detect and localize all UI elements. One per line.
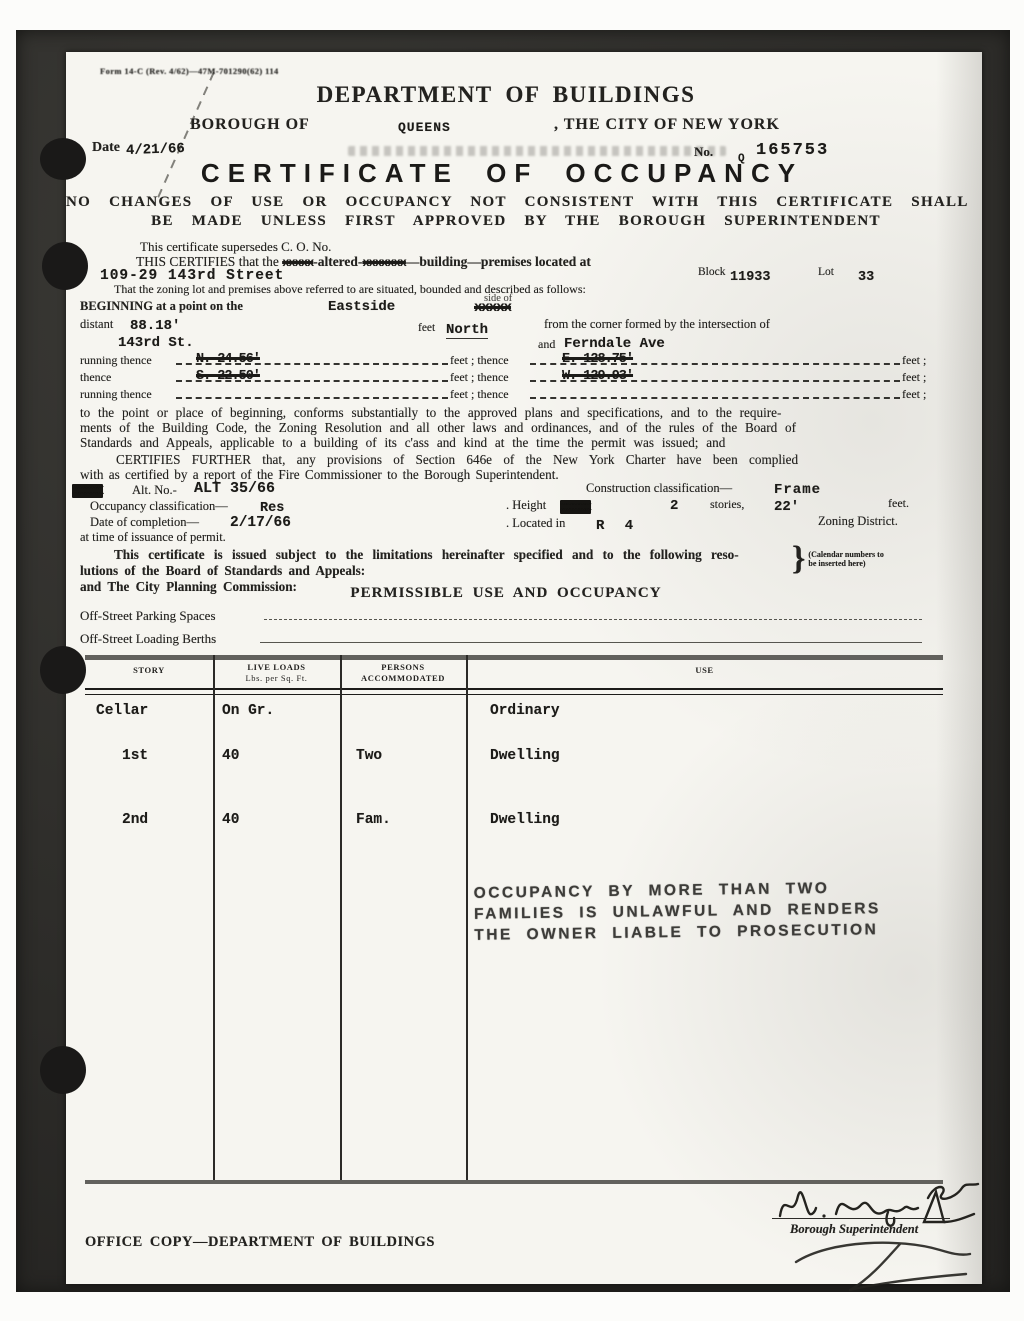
binder-hole [40,646,86,694]
completion-date-label: Date of completion— [90,515,199,530]
binder-hole [42,242,88,290]
completion-date-value: 2/17/66 [230,515,291,531]
legal-paragraph-line: Standards and Appeals, applicable to a b… [80,435,725,451]
metes-label: thence [80,370,111,385]
metes-value: W. 129.93' [562,369,633,384]
borough-value: QUEENS [398,120,451,135]
leader-line [530,397,900,399]
signature-line [772,1218,950,1219]
metes-tail-label: feet ; [902,370,926,385]
cell-use: Dwelling [490,812,560,828]
certificate-title: CERTIFICATE OF OCCUPANCY [66,158,938,189]
header-line: PERSONS [340,662,466,673]
date-label: Date [92,140,120,156]
metes-value: N. 24.56' [196,352,260,367]
metes-mid-label: feet ; thence [450,370,509,385]
metes-value: E. 128.75' [562,352,633,367]
metes-label: running thence [80,387,152,402]
building-premises-text: —building—premises located at [406,254,591,269]
permit-issuance-line: at time of issuance of permit. [80,530,226,545]
certifies-further-line: CERTIFIES FURTHER that, any provisions o… [116,452,798,468]
calendar-note-line: be inserted here) [808,559,883,568]
cross-street-value: Ferndale Ave [564,336,665,352]
cell-live-loads: On Gr. [222,703,274,719]
header-line: ACCOMMODATED [340,673,466,684]
metes-mid-label: feet ; thence [450,387,509,402]
office-copy-label: OFFICE COPY—DEPARTMENT OF BUILDINGS [85,1234,435,1251]
construction-classification-label: Construction classification— [586,481,732,496]
obliterated-word: xxxxxxx [362,256,405,270]
and-label: and [538,337,555,352]
brace-glyph: } [792,544,805,574]
corner-text: from the corner formed by the intersecti… [544,317,770,332]
notice-line-1: NO CHANGES OF USE OR OCCUPANCY NOT CONSI… [66,194,966,211]
distant-label: distant [80,317,113,332]
zoning-note: That the zoning lot and premises above r… [114,282,586,297]
certificate-page: Form 14-C (Rev. 4/62)—47M-701290(62) 114… [66,52,982,1284]
located-in-label: . Located in [506,516,565,531]
blank-line [260,642,922,643]
column-header-persons: PERSONS ACCOMMODATED [340,662,466,683]
alt-no-value: ALT 35/66 [194,480,275,497]
calendar-note: } (Calendar numbers to be inserted here) [792,544,884,574]
legal-paragraph-line: to the point or place of beginning, conf… [80,405,781,421]
zoning-district-label: Zoning District. [818,514,898,529]
cell-persons: Fam. [356,812,391,828]
table-column-line [340,655,342,1180]
supersedes-line: This certificate supersedes C. O. No. [140,239,331,255]
alt-no-label: Alt. No.- [132,483,177,498]
stories-value: 2 [670,498,678,514]
altered-word: -altered- [313,254,362,269]
cell-story: 2nd [122,812,148,828]
calendar-note-line: (Calendar numbers to [808,550,883,559]
form-number-line: Form 14-C (Rev. 4/62)—47M-701290(62) 114 [100,66,279,76]
metes-tail-label: feet ; [902,353,926,368]
metes-tail-label: feet ; [902,387,926,402]
table-column-line [213,655,215,1180]
feet-label: feet. [888,496,909,511]
block-value: 11933 [730,270,771,285]
obliterated-word: xxxxx [560,500,591,514]
occupancy-limit-stamp: OCCUPANCY BY MORE THAN TWO FAMILIES IS U… [474,877,882,946]
subject-line: This certificate is issued subject to th… [114,547,739,563]
direction-value: North [446,322,488,339]
lot-label: Lot [818,266,834,278]
distant-value: 88.18' [130,318,180,334]
cell-story: 1st [122,748,148,764]
height-label: . Height [506,498,546,513]
side-value: Eastside [328,299,395,315]
construction-classification-value: Frame [774,482,821,498]
subject-line: lutions of the Board of Standards and Ap… [80,563,365,579]
signature-flourish [782,1232,992,1296]
leader-line [176,397,448,399]
ghost-text-smudge [348,146,726,156]
stories-label: stories, [710,497,744,512]
cell-use: Dwelling [490,748,560,764]
column-header-use: USE [466,665,943,676]
stamp-line: THE OWNER LIABLE TO PROSECUTION [474,919,881,946]
obliterated-word: xxxxx [474,300,511,316]
table-column-line [466,655,468,1180]
certifies-prefix: THIS CERTIFIES that the [136,254,279,269]
street-value: 143rd St. [118,335,194,351]
metes-value: S. 22.50' [196,369,260,384]
cell-live-loads: 40 [222,748,239,764]
certifies-further-line: with as certified by a report of the Fir… [80,467,559,483]
city-name: , THE CITY OF NEW YORK [554,116,780,134]
metes-label: running thence [80,353,152,368]
occupancy-classification-label: Occupancy classification— [90,499,228,514]
header-line: Lbs. per Sq. Ft. [213,673,340,684]
cell-live-loads: 40 [222,812,239,828]
column-header-story: STORY [85,665,213,676]
feet-label: feet [418,322,435,334]
column-header-live-loads: LIVE LOADS Lbs. per Sq. Ft. [213,662,340,683]
beginning-label: BEGINNING at a point on the [80,299,243,314]
notice-line-2: BE MADE UNLESS FIRST APPROVED BY THE BOR… [66,213,966,230]
binder-hole [40,1046,86,1094]
header-line: LIVE LOADS [213,662,340,673]
blank-line [264,619,922,620]
obliterated-word: XXXXX [72,484,103,498]
obliterated-word: xxxxx [282,256,313,270]
department-title: DEPARTMENT OF BUILDINGS [66,82,946,108]
borough-label: BOROUGH OF [190,116,310,134]
loading-berths-label: Off-Street Loading Berths [80,631,216,647]
parking-spaces-label: Off-Street Parking Spaces [80,608,216,624]
permissible-use-title: PERMISSIBLE USE AND OCCUPANCY [66,585,946,602]
date-value: 4/21/66 [126,141,185,159]
height-feet-value: 22' [774,499,799,515]
superintendent-signature [766,1180,996,1226]
lot-value: 33 [858,270,874,285]
occupancy-classification-value: Res [260,501,284,516]
cell-use: Ordinary [490,703,560,719]
zoning-district-value: R 4 [596,518,639,534]
block-label: Block [698,266,725,278]
legal-paragraph-line: ments of the Building Code, the Zoning R… [80,420,796,436]
scanned-certificate: { "colors": { "paper": "#f6f5f0", "frame… [0,0,1024,1321]
metes-mid-label: feet ; thence [450,353,509,368]
cell-persons: Two [356,748,382,764]
cell-story: Cellar [96,703,148,719]
